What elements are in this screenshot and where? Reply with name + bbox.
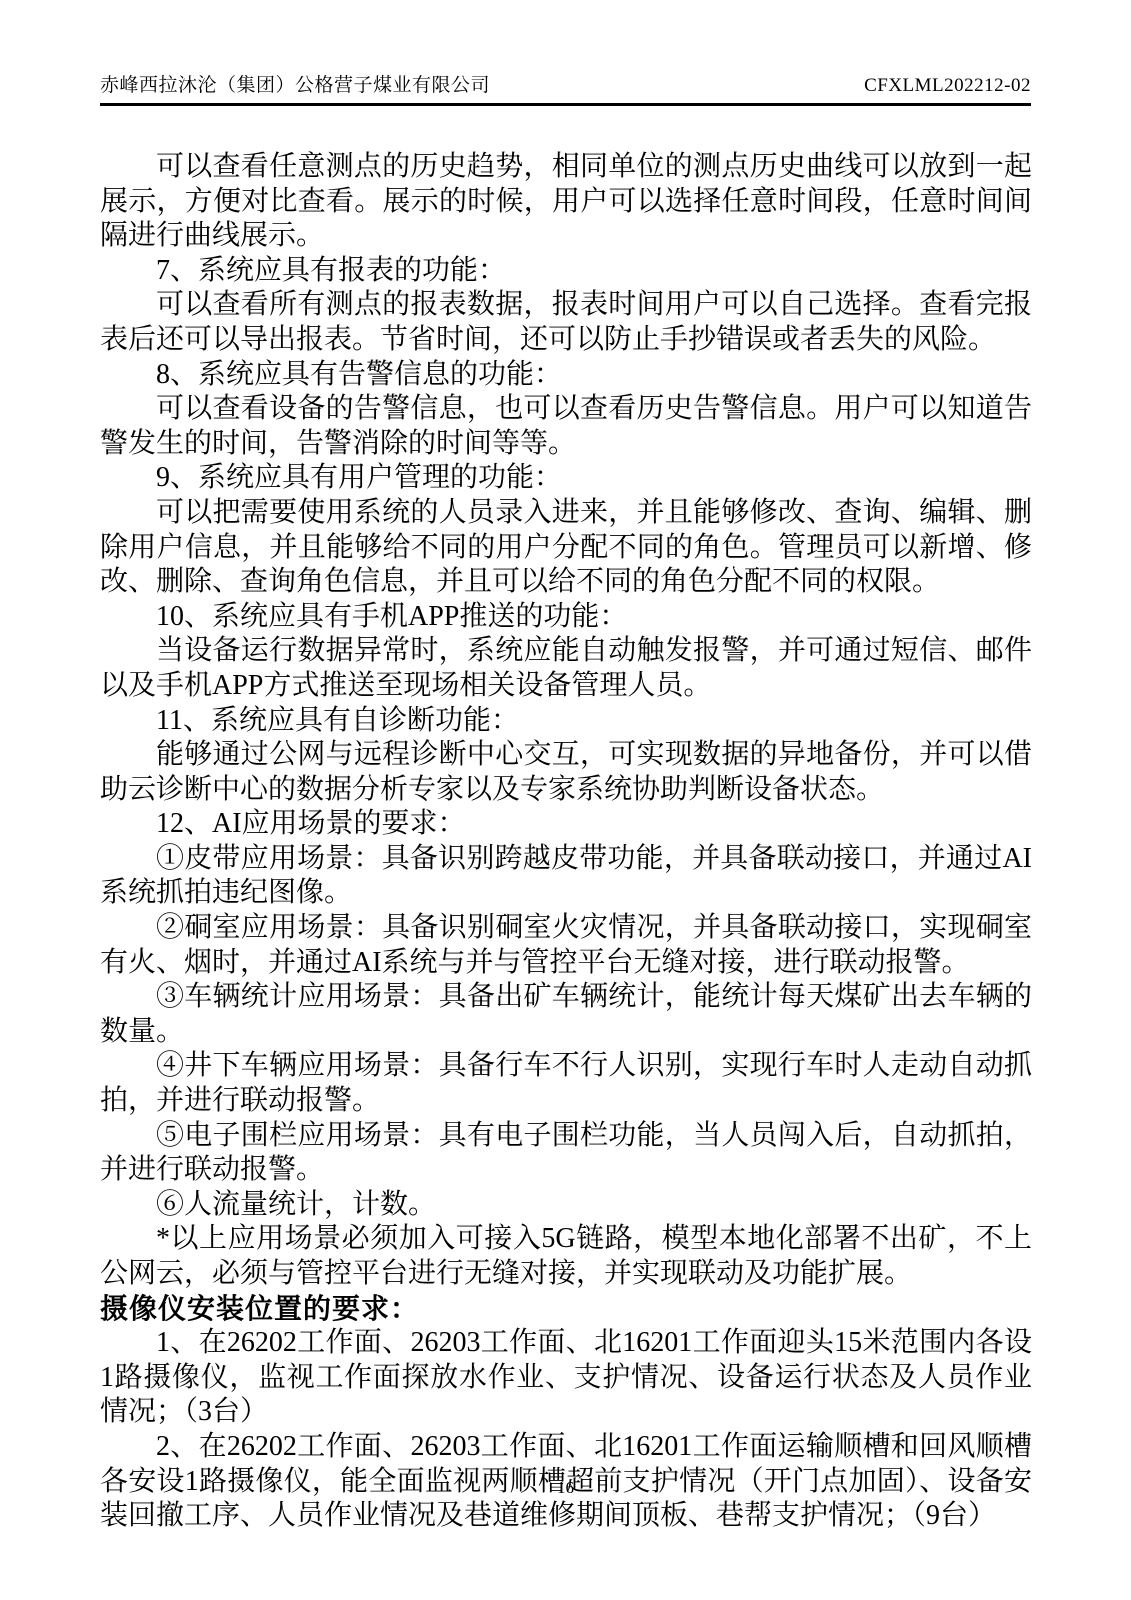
item-9-user-management: 9、系统应具有用户管理的功能： [100, 461, 1032, 496]
scenario-6-people-count: ⑥人流量统计，计数。 [100, 1188, 1032, 1223]
header-divider [100, 103, 1031, 106]
scenario-5-electronic-fence: ⑤电子围栏应用场景：具有电子围栏功能，当人员闯入后，自动抓拍，并进行联动报警。 [100, 1119, 1032, 1188]
page-header: 赤峰西拉沐沦（集团）公格营子煤业有限公司 CFXLML202212-02 [100, 70, 1031, 97]
paragraph-report-detail: 可以查看所有测点的报表数据，报表时间用户可以自己选择。查看完报表后还可以导出报表… [100, 288, 1032, 357]
document-page: 赤峰西拉沐沦（集团）公格营子煤业有限公司 CFXLML202212-02 可以查… [0, 0, 1131, 1600]
item-11-self-diagnosis: 11、系统应具有自诊断功能： [100, 704, 1032, 739]
paragraph-app-push-detail: 当设备运行数据异常时，系统应能自动触发报警，并可通过短信、邮件以及手机APP方式… [100, 634, 1032, 703]
scenario-3-vehicle-count: ③车辆统计应用场景：具备出矿车辆统计，能统计每天煤矿出去车辆的数量。 [100, 980, 1032, 1049]
paragraph-self-diagnosis-detail: 能够通过公网与远程诊断中心交互，可实现数据的异地备份，并可以借助云诊断中心的数据… [100, 738, 1032, 807]
scenario-2-chamber: ②硐室应用场景：具备识别硐室火灾情况，并具备联动接口，实现硐室有火、烟时，并通过… [100, 911, 1032, 980]
scenario-4-underground-vehicle: ④井下车辆应用场景：具备行车不行人识别，实现行车时人走动自动抓拍，并进行联动报警… [100, 1049, 1032, 1118]
paragraph-alarm-detail: 可以查看设备的告警信息，也可以查看历史告警信息。用户可以知道告警发生的时间，告警… [100, 392, 1032, 461]
note-5g-requirement: *以上应用场景必须加入可接入5G链路，模型本地化部署不出矿，不上公网云，必须与管… [100, 1222, 1032, 1291]
heading-camera-installation: 摄像仪安装位置的要求： [100, 1292, 1032, 1327]
document-number: CFXLML202212-02 [864, 75, 1031, 97]
install-item-1: 1、在26202工作面、26203工作面、北16201工作面迎头15米范围内各设… [100, 1326, 1032, 1430]
paragraph-user-management-detail: 可以把需要使用系统的人员录入进来，并且能够修改、查询、编辑、删除用户信息，并且能… [100, 496, 1032, 600]
item-7-report-function: 7、系统应具有报表的功能： [100, 254, 1032, 289]
page-number: 16 [557, 1478, 574, 1497]
item-12-ai-scenarios: 12、AI应用场景的要求： [100, 807, 1032, 842]
paragraph-history-trend: 可以查看任意测点的历史趋势，相同单位的测点历史曲线可以放到一起展示，方便对比查看… [100, 150, 1032, 254]
item-8-alarm-info: 8、系统应具有告警信息的功能： [100, 358, 1032, 393]
document-body: 可以查看任意测点的历史趋势，相同单位的测点历史曲线可以放到一起展示，方便对比查看… [100, 150, 1032, 1534]
item-10-app-push: 10、系统应具有手机APP推送的功能： [100, 600, 1032, 635]
page-footer: 16 [0, 1478, 1131, 1498]
scenario-1-belt: ①皮带应用场景：具备识别跨越皮带功能，并具备联动接口，并通过AI系统抓拍违纪图像… [100, 842, 1032, 911]
company-name: 赤峰西拉沐沦（集团）公格营子煤业有限公司 [100, 70, 490, 97]
